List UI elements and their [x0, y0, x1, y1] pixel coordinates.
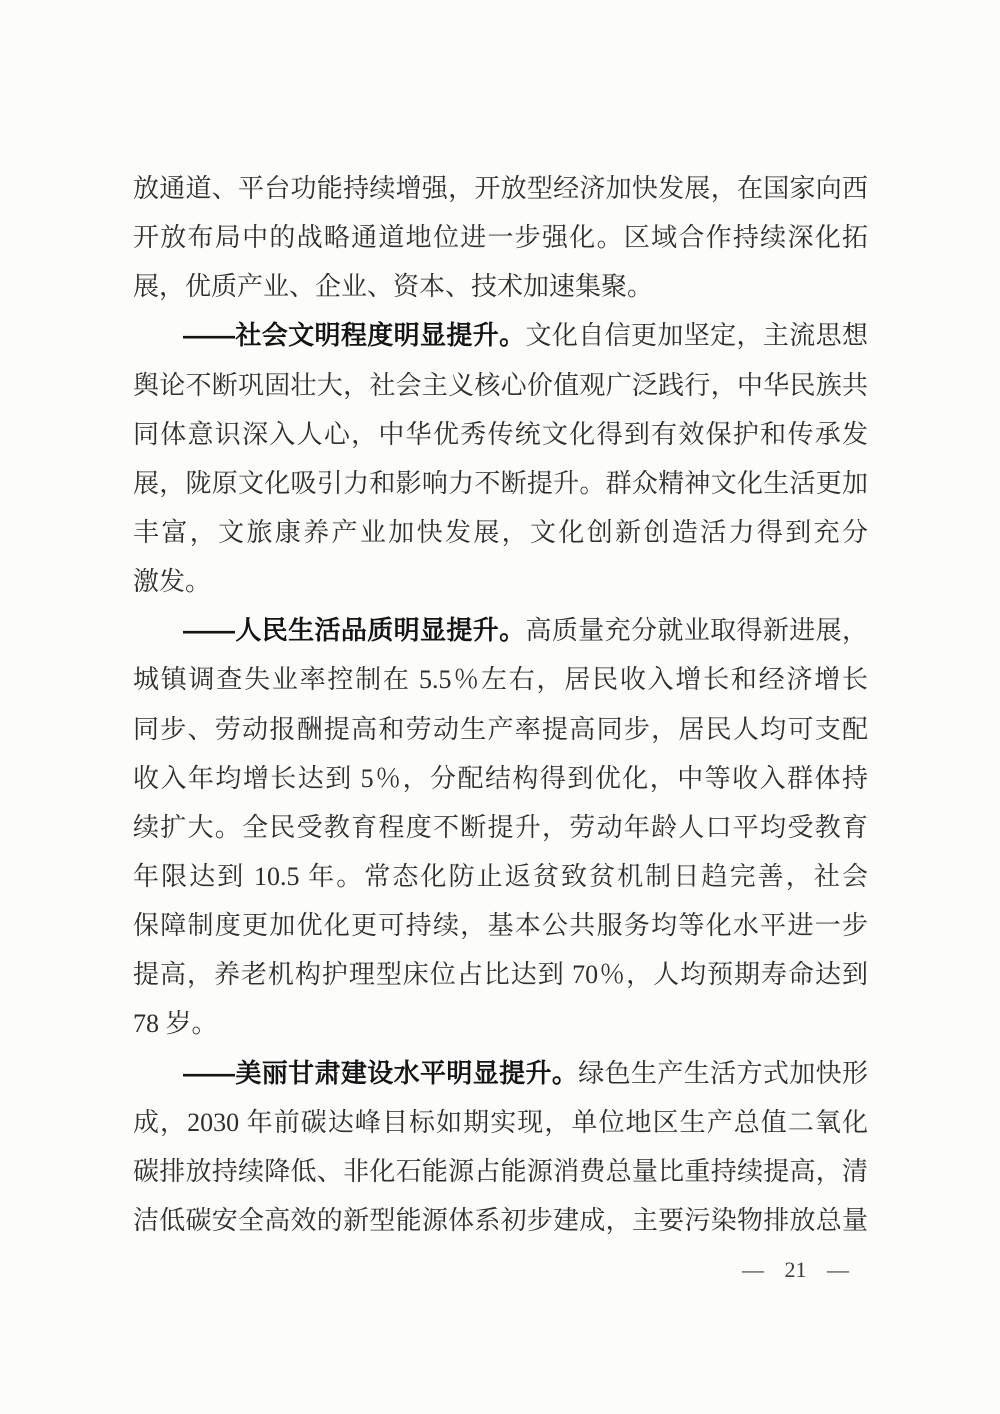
- line-text: 绿色生产生活方式加快形: [578, 1059, 868, 1088]
- line-text: 同步、劳动报酬提高和劳动生产率提高同步，居民人均可支配: [133, 715, 868, 744]
- line-text: 78 岁。: [133, 1009, 218, 1038]
- line-text: 续扩大。全民受教育程度不断提升，劳动年龄人口平均受教育: [133, 813, 868, 842]
- text-line: 展，优质产业、企业、资本、技术加速集聚。: [133, 262, 868, 311]
- line-text: 年限达到 10.5 年。常态化防止返贫致贫机制日趋完善，社会: [133, 862, 868, 891]
- line-text: 高质量充分就业取得新进展，: [526, 616, 869, 645]
- line-text: 展，优质产业、企业、资本、技术加速集聚。: [133, 272, 653, 301]
- line-text: 舆论不断巩固壮大，社会主义核心价值观广泛践行，中华民族共: [133, 371, 868, 400]
- text-line: 丰富，文旅康养产业加快发展，文化创新创造活力得到充分: [133, 508, 868, 557]
- line-text: 城镇调查失业率控制在 5.5％左右，居民收入增长和经济增长: [133, 665, 868, 694]
- paragraph-heading: ——社会文明程度明显提升。: [183, 320, 526, 350]
- text-line: 开放布局中的战略通道地位进一步强化。区域合作持续深化拓: [133, 213, 868, 262]
- page-number: — 21 —: [742, 1256, 849, 1284]
- line-text: 碳排放持续降低、非化石能源占能源消费总量比重持续提高，清: [133, 1157, 868, 1186]
- text-line: 保障制度更加优化更可持续，基本公共服务均等化水平进一步: [133, 901, 868, 950]
- text-line: 放通道、平台功能持续增强，开放型经济加快发展，在国家向西: [133, 164, 868, 213]
- text-line: 激发。: [133, 557, 868, 606]
- text-line: 展，陇原文化吸引力和影响力不断提升。群众精神文化生活更加: [133, 459, 868, 508]
- document-page: 放通道、平台功能持续增强，开放型经济加快发展，在国家向西 开放布局中的战略通道地…: [0, 0, 1000, 1414]
- line-text: 成，2030 年前碳达峰目标如期实现，单位地区生产总值二氧化: [133, 1108, 868, 1137]
- line-text: 展，陇原文化吸引力和影响力不断提升。群众精神文化生活更加: [133, 469, 868, 498]
- line-text: 放通道、平台功能持续增强，开放型经济加快发展，在国家向西: [133, 174, 868, 203]
- text-line: 收入年均增长达到 5％，分配结构得到优化，中等收入群体持: [133, 754, 868, 803]
- line-text: 丰富，文旅康养产业加快发展，文化创新创造活力得到充分: [133, 518, 868, 547]
- text-line: 续扩大。全民受教育程度不断提升，劳动年龄人口平均受教育: [133, 803, 868, 852]
- line-text: 开放布局中的战略通道地位进一步强化。区域合作持续深化拓: [133, 223, 868, 252]
- paragraph-heading: ——人民生活品质明显提升。: [183, 615, 526, 645]
- text-line: 同步、劳动报酬提高和劳动生产率提高同步，居民人均可支配: [133, 705, 868, 754]
- text-line: ——社会文明程度明显提升。文化自信更加坚定，主流思想: [133, 311, 868, 360]
- text-line: 洁低碳安全高效的新型能源体系初步建成，主要污染物排放总量: [133, 1196, 868, 1245]
- text-line: ——美丽甘肃建设水平明显提升。绿色生产生活方式加快形: [133, 1049, 868, 1098]
- text-line: 同体意识深入人心，中华优秀传统文化得到有效保护和传承发: [133, 410, 868, 459]
- text-line: 成，2030 年前碳达峰目标如期实现，单位地区生产总值二氧化: [133, 1098, 868, 1147]
- paragraph-heading: ——美丽甘肃建设水平明显提升。: [183, 1058, 578, 1088]
- line-text: 洁低碳安全高效的新型能源体系初步建成，主要污染物排放总量: [133, 1206, 868, 1235]
- text-line: 碳排放持续降低、非化石能源占能源消费总量比重持续提高，清: [133, 1147, 868, 1196]
- document-body: 放通道、平台功能持续增强，开放型经济加快发展，在国家向西 开放布局中的战略通道地…: [133, 164, 868, 1245]
- line-text: 提高，养老机构护理型床位占比达到 70％，人均预期寿命达到: [133, 960, 868, 989]
- line-text: 收入年均增长达到 5％，分配结构得到优化，中等收入群体持: [133, 764, 868, 793]
- text-line: 城镇调查失业率控制在 5.5％左右，居民收入增长和经济增长: [133, 655, 868, 704]
- line-text: 保障制度更加优化更可持续，基本公共服务均等化水平进一步: [133, 911, 868, 940]
- text-line: 78 岁。: [133, 999, 868, 1048]
- text-line: 年限达到 10.5 年。常态化防止返贫致贫机制日趋完善，社会: [133, 852, 868, 901]
- text-line: 提高，养老机构护理型床位占比达到 70％，人均预期寿命达到: [133, 950, 868, 999]
- text-line: ——人民生活品质明显提升。高质量充分就业取得新进展，: [133, 606, 868, 655]
- line-text: 文化自信更加坚定，主流思想: [526, 321, 869, 350]
- line-text: 激发。: [133, 567, 211, 596]
- text-line: 舆论不断巩固壮大，社会主义核心价值观广泛践行，中华民族共: [133, 361, 868, 410]
- line-text: 同体意识深入人心，中华优秀传统文化得到有效保护和传承发: [133, 420, 868, 449]
